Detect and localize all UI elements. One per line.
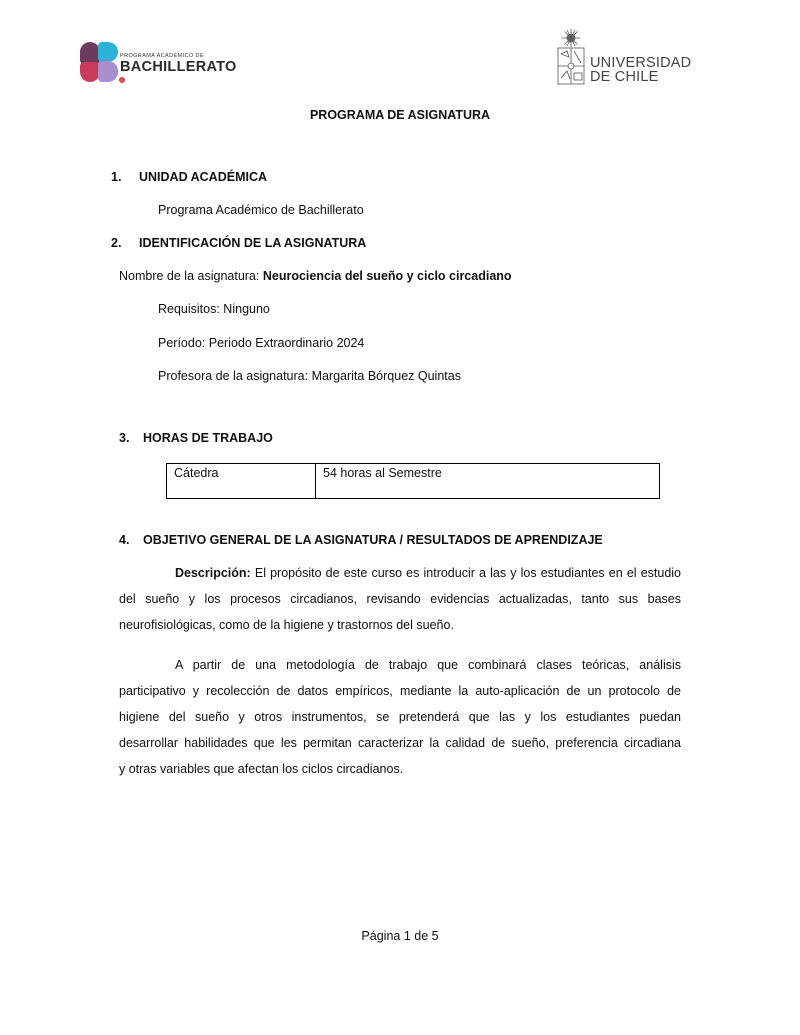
- course-name-row: Nombre de la asignatura: Neurociencia de…: [119, 268, 512, 284]
- university-name: UNIVERSIDAD DE CHILE: [590, 56, 691, 84]
- paragraph-line: Descripción: El propósito de este curso …: [119, 560, 681, 586]
- description-label: Descripción:: [175, 566, 251, 580]
- university-name-line2: DE CHILE: [590, 70, 691, 84]
- section-number: 4.: [119, 532, 143, 548]
- line-text: El propósito de este curso es introducir…: [251, 566, 681, 580]
- page-number: Página 1 de 5: [0, 928, 800, 944]
- section-title: HORAS DE TRABAJO: [143, 431, 273, 445]
- section-number: 1.: [111, 169, 139, 185]
- requirements: Requisitos: Ninguno: [158, 301, 270, 317]
- table-row: Cátedra 54 horas al Semestre: [167, 464, 660, 499]
- paragraph-line: A partir de una metodología de trabajo q…: [119, 652, 681, 678]
- professor: Profesora de la asignatura: Margarita Bó…: [158, 368, 461, 384]
- universidad-de-chile-logo: UNIVERSIDAD DE CHILE: [556, 28, 696, 86]
- university-crest-icon: [556, 28, 586, 86]
- paragraph-line: neurofisiológicas, como de la higiene y …: [119, 612, 681, 638]
- university-name-line1: UNIVERSIDAD: [590, 56, 691, 70]
- document-title: PROGRAMA DE ASIGNATURA: [0, 107, 800, 123]
- bachillerato-logo: PROGRAMA ACADÉMICO DE BACHILLERATO: [80, 42, 260, 84]
- section-2-heading: 2.IDENTIFICACIÓN DE LA ASIGNATURA: [111, 235, 366, 251]
- table-cell-hours: 54 horas al Semestre: [316, 464, 660, 499]
- course-name-value: Neurociencia del sueño y ciclo circadian…: [263, 269, 512, 283]
- section-number: 3.: [119, 430, 143, 446]
- section-4-heading: 4.OBJETIVO GENERAL DE LA ASIGNATURA / RE…: [119, 532, 603, 548]
- section-title: IDENTIFICACIÓN DE LA ASIGNATURA: [139, 236, 366, 250]
- paragraph-line: del sueño y los procesos circadianos, re…: [119, 586, 681, 612]
- methodology-paragraph: A partir de una metodología de trabajo q…: [119, 652, 681, 782]
- description-paragraph: Descripción: El propósito de este curso …: [119, 560, 681, 638]
- academic-unit-value: Programa Académico de Bachillerato: [158, 202, 364, 218]
- work-hours-table: Cátedra 54 horas al Semestre: [166, 463, 660, 499]
- table-cell-activity: Cátedra: [167, 464, 316, 499]
- logo-title: BACHILLERATO: [120, 59, 237, 75]
- section-title: OBJETIVO GENERAL DE LA ASIGNATURA / RESU…: [143, 533, 603, 547]
- section-1-heading: 1.UNIDAD ACADÉMICA: [111, 169, 267, 185]
- section-number: 2.: [111, 235, 139, 251]
- paragraph-line: participativo y recolección de datos emp…: [119, 678, 681, 704]
- paragraph-line: desarrollar habilidades que les permitan…: [119, 730, 681, 756]
- course-name-label: Nombre de la asignatura:: [119, 269, 263, 283]
- paragraph-line: y otras variables que afectan los ciclos…: [119, 756, 681, 782]
- section-3-heading: 3.HORAS DE TRABAJO: [119, 430, 273, 446]
- period: Período: Periodo Extraordinario 2024: [158, 335, 364, 351]
- paragraph-line: higiene del sueño y otros instrumentos, …: [119, 704, 681, 730]
- section-title: UNIDAD ACADÉMICA: [139, 170, 267, 184]
